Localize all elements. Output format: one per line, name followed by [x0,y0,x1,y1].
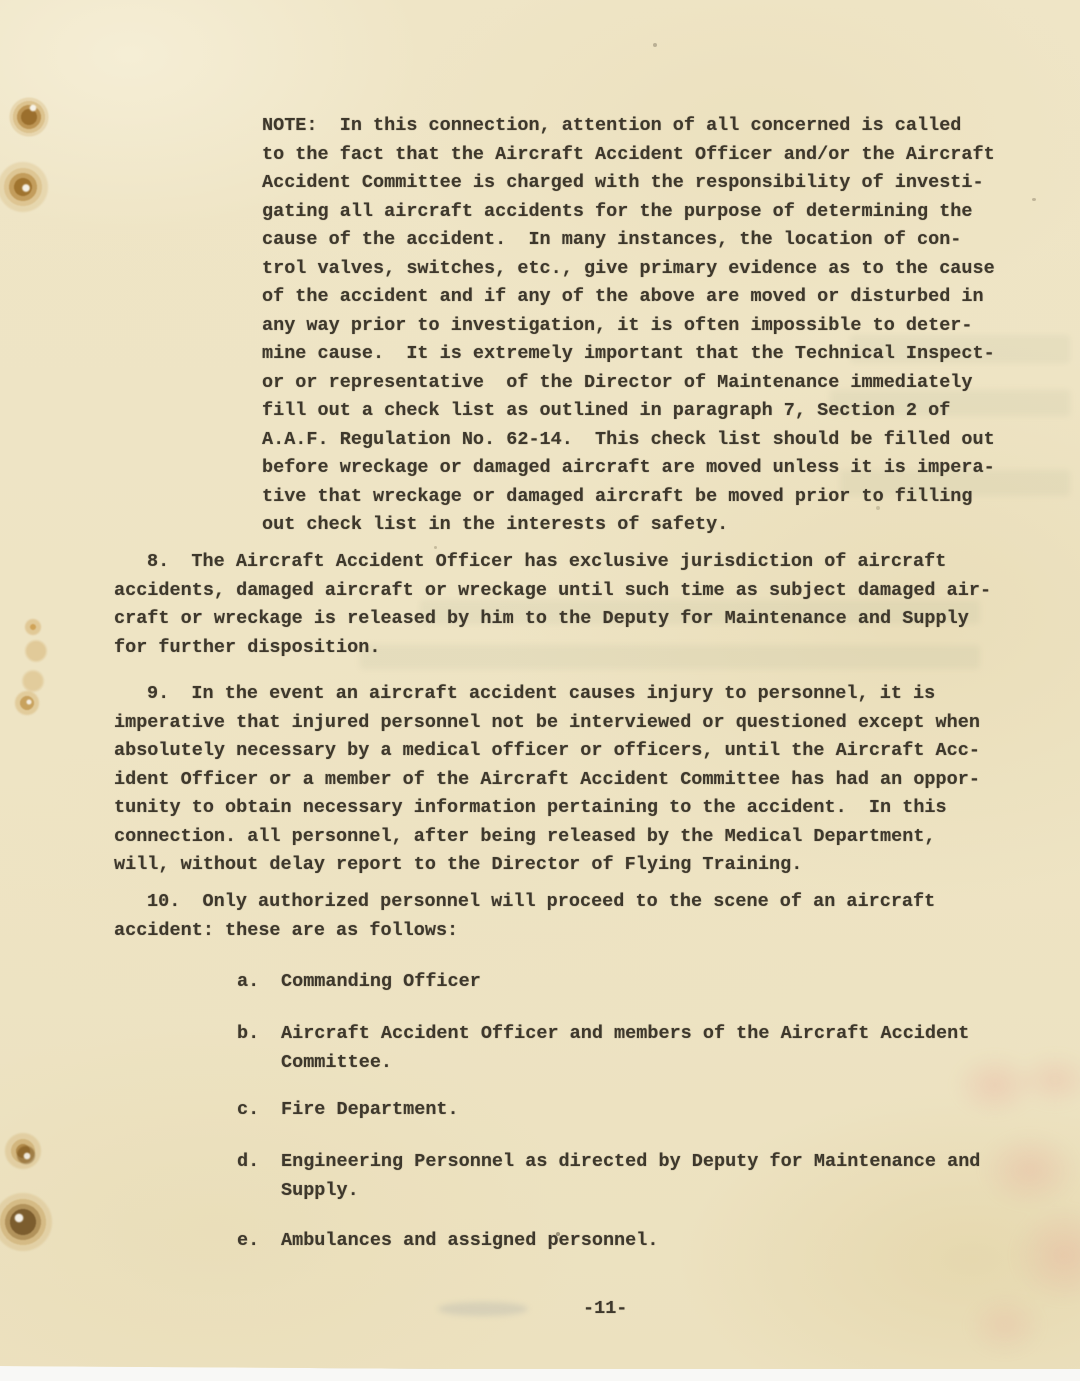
binder-hole-rust-stain [0,1192,58,1256]
list-item-label: a. [237,968,259,997]
list-item-label: d. [237,1148,259,1177]
scanner-background-strip [0,1369,1080,1381]
list-item-text: Engineering Personnel as directed by Dep… [281,1148,980,1205]
list-item-e: e. Ambulances and assigned personnel. [237,1227,658,1256]
paragraph-9: 9. In the event an aircraft accident cau… [114,680,980,880]
list-item-label: e. [237,1227,259,1256]
list-item-d: d. Engineering Personnel as directed by … [237,1148,980,1205]
list-item-label: c. [237,1096,259,1125]
list-item-text: Ambulances and assigned personnel. [281,1227,658,1256]
binder-hole-rust-stain [0,160,50,214]
paragraph-10: 10. Only authorized personnel will proce… [114,888,935,945]
list-item-b: b. Aircraft Accident Officer and members… [237,1020,969,1077]
paragraph-8: 8. The Aircraft Accident Officer has exc… [114,548,991,662]
gray-smudge [438,1302,528,1316]
note-paragraph: NOTE: In this connection, attention of a… [262,112,995,540]
binder-hole-rust-stain [0,1128,50,1178]
scanned-document-page: NOTE: In this connection, attention of a… [0,0,1080,1369]
binder-hole-rust-stain [7,95,51,139]
list-item-text: Commanding Officer [281,968,481,997]
list-item-c: c. Fire Department. [237,1096,459,1125]
page-number: -11- [583,1295,627,1324]
list-item-text: Fire Department. [281,1096,459,1125]
list-item-a: a. Commanding Officer [237,968,481,997]
paper-speck [1032,198,1036,201]
list-item-label: b. [237,1020,259,1049]
paper-speck [653,43,657,47]
list-item-text: Aircraft Accident Officer and members of… [281,1020,969,1077]
rust-spot-cluster [10,615,70,725]
